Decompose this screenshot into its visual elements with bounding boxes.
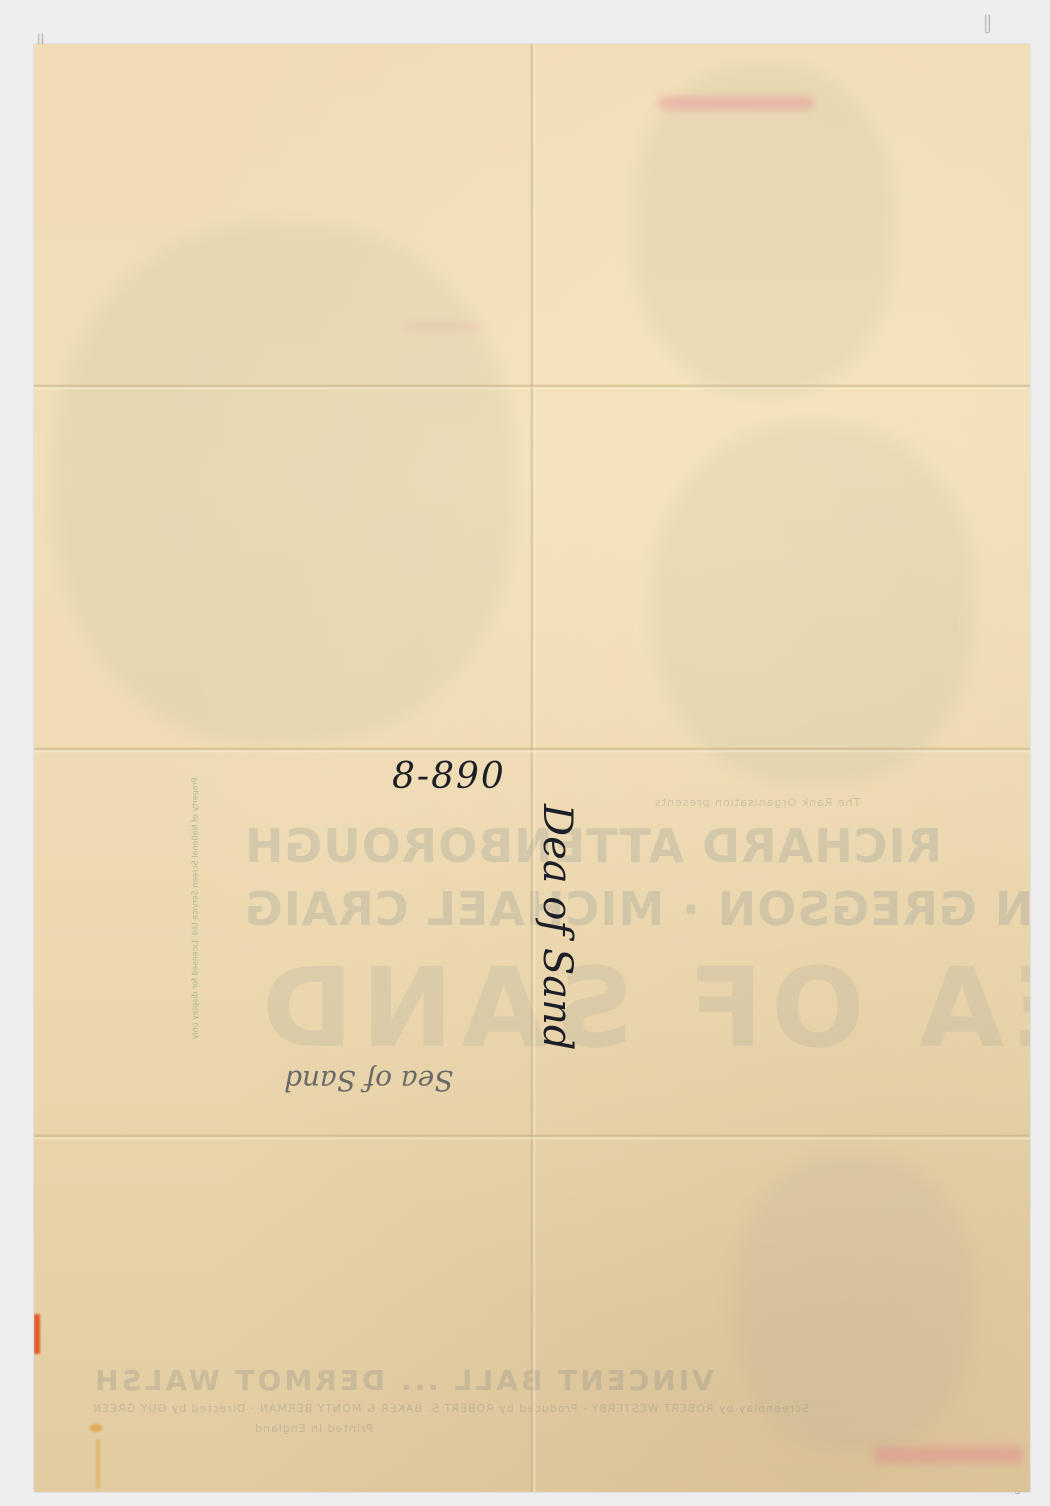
poster-back: The Rank Organisation presents RICHARD A… <box>34 44 1030 1492</box>
bleed-star-line-2: JOHN GREGSON · MICHAEL CRAIG <box>244 882 1030 936</box>
pink-bleed-bottom <box>874 1446 1024 1464</box>
signature: Dea of Sand <box>534 804 580 1051</box>
bleed-cast-line: VINCENT BALL ... DERMOT WALSH <box>92 1364 714 1397</box>
stain-yellow-2 <box>96 1439 100 1489</box>
right-top-clip <box>985 14 990 32</box>
pink-bleed-top <box>658 96 814 110</box>
bleed-figure <box>654 424 974 784</box>
stain-orange-edge <box>34 1314 40 1354</box>
horizontal-fold-2 <box>34 747 1030 753</box>
bleed-title: SEA OF SAND <box>254 944 1030 1072</box>
green-stamp: Property of National Screen Service Ltd.… <box>190 778 199 1040</box>
bleed-star-line-1: RICHARD ATTENBOROUGH <box>244 819 942 873</box>
pink-bleed-mid <box>404 324 484 330</box>
stain-yellow-1 <box>90 1424 102 1432</box>
bleed-vehicle <box>54 224 514 744</box>
bleed-presenter-line: The Rank Organisation presents <box>654 796 860 809</box>
reference-number: 8-890 <box>392 756 506 797</box>
bleed-footer-line: Printed in England <box>254 1422 373 1435</box>
horizontal-fold-3 <box>34 1134 1030 1140</box>
horizontal-fold-1 <box>34 384 1030 390</box>
vertical-fold <box>530 44 536 1492</box>
bleed-portrait <box>634 64 894 394</box>
bleed-credits-line: Screenplay by ROBERT WESTERBY · Produced… <box>92 1402 809 1415</box>
pencil-note: Sea of Sand <box>284 1064 453 1097</box>
